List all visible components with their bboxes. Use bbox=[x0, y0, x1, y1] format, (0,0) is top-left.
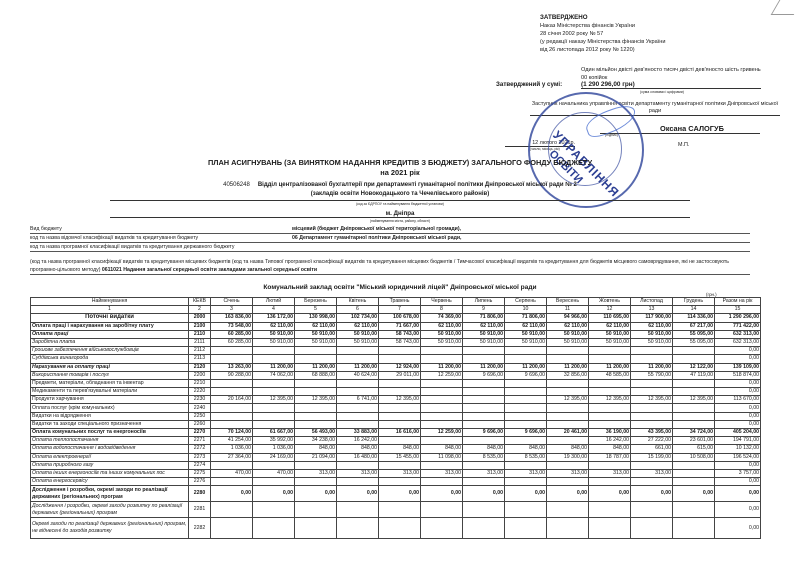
table-row: Оплата послуг (крім комунальних)22400,00 bbox=[31, 404, 761, 412]
row-month-value: 1 036,00 bbox=[253, 445, 295, 453]
row-month-value: 50 910,00 bbox=[631, 338, 673, 346]
row-name: Оплата праці і нарахування на заробітну … bbox=[31, 322, 189, 330]
row-month-value bbox=[463, 388, 505, 396]
row-month-value: 114 336,00 bbox=[673, 314, 715, 322]
column-number: 3 bbox=[211, 306, 253, 314]
table-row: Продукти харчування223020 164,0012 395,0… bbox=[31, 396, 761, 404]
row-month-value: 8 535,00 bbox=[463, 453, 505, 461]
row-month-value: 661,00 bbox=[631, 445, 673, 453]
row-kekv-code: 2240 bbox=[189, 404, 211, 412]
row-month-value: 0,00 bbox=[673, 486, 715, 502]
row-month-value bbox=[253, 461, 295, 469]
row-month-value: 16 616,00 bbox=[379, 429, 421, 437]
column-number: 9 bbox=[463, 306, 505, 314]
table-row: Окремі заходи по реалізації державних (р… bbox=[31, 518, 761, 539]
row-annual-total: 0,00 bbox=[715, 518, 761, 539]
row-month-value: 50 910,00 bbox=[253, 330, 295, 338]
row-month-value bbox=[463, 412, 505, 420]
row-month-value: 313,00 bbox=[421, 469, 463, 477]
row-month-value bbox=[589, 347, 631, 355]
row-month-value: 313,00 bbox=[463, 469, 505, 477]
row-month-value: 18 787,00 bbox=[589, 453, 631, 461]
approval-block: ЗАТВЕРДЖЕНО Наказ Міністерства фінансів … bbox=[540, 14, 666, 54]
column-number: 7 bbox=[379, 306, 421, 314]
row-month-value: 11 200,00 bbox=[253, 363, 295, 371]
row-month-value bbox=[505, 502, 547, 518]
row-month-value bbox=[337, 355, 379, 363]
stamp-place-label: М.П. bbox=[678, 142, 689, 148]
row-month-value bbox=[631, 502, 673, 518]
row-month-value: 0,00 bbox=[421, 486, 463, 502]
row-month-value bbox=[253, 404, 295, 412]
row-month-value: 12 395,00 bbox=[673, 396, 715, 404]
row-month-value bbox=[211, 412, 253, 420]
row-month-value bbox=[337, 420, 379, 428]
row-month-value: 0,00 bbox=[547, 486, 589, 502]
row-name: Видатки на відрядження bbox=[31, 412, 189, 420]
row-month-value: 50 910,00 bbox=[505, 338, 547, 346]
row-month-value: 12 259,00 bbox=[421, 429, 463, 437]
row-month-value: 11 200,00 bbox=[547, 363, 589, 371]
approved-sum-words: Один мільйон двісті дев'яносто тисяч дві… bbox=[581, 66, 761, 82]
row-kekv-code: 2250 bbox=[189, 412, 211, 420]
row-month-value: 50 910,00 bbox=[589, 330, 631, 338]
row-month-value bbox=[547, 518, 589, 539]
row-month-value: 848,00 bbox=[421, 445, 463, 453]
row-month-value bbox=[547, 461, 589, 469]
row-month-value bbox=[463, 478, 505, 486]
row-month-value bbox=[379, 404, 421, 412]
row-month-value bbox=[337, 388, 379, 396]
row-month-value: 27 222,00 bbox=[631, 437, 673, 445]
row-name: Суддівська винагорода bbox=[31, 355, 189, 363]
row-month-value: 29 011,00 bbox=[379, 371, 421, 379]
row-name: Дослідження і розробки, окремі заходи ро… bbox=[31, 502, 189, 518]
row-month-value bbox=[463, 461, 505, 469]
approval-line: від 26 листопада 2012 року № 1220) bbox=[540, 46, 666, 54]
row-month-value: 62 110,00 bbox=[631, 322, 673, 330]
table-row: Поточні видатки2000163 836,00136 172,001… bbox=[31, 314, 761, 322]
row-month-value: 61 667,00 bbox=[253, 429, 295, 437]
row-annual-total: 0,00 bbox=[715, 420, 761, 428]
budget-type-value: місцевий (бюджет Дніпровської міської те… bbox=[292, 226, 461, 232]
column-header: Липень bbox=[463, 298, 505, 306]
row-month-value: 10 508,00 bbox=[673, 453, 715, 461]
column-header: Жовтень bbox=[589, 298, 631, 306]
row-month-value bbox=[379, 355, 421, 363]
row-annual-total: 0,00 bbox=[715, 461, 761, 469]
approval-line: Наказ Міністерства фінансів України bbox=[540, 22, 666, 30]
row-month-value: 50 910,00 bbox=[463, 330, 505, 338]
table-row: Оплата праці і нарахування на заробітну … bbox=[31, 322, 761, 330]
column-number: 4 bbox=[253, 306, 295, 314]
row-month-value: 102 734,00 bbox=[337, 314, 379, 322]
row-month-value: 55 790,00 bbox=[631, 371, 673, 379]
row-month-value: 50 910,00 bbox=[631, 330, 673, 338]
table-row: Дослідження і розробки, окремі заходи ро… bbox=[31, 502, 761, 518]
table-row: Медикаменти та перев'язувальні матеріали… bbox=[31, 388, 761, 396]
row-annual-total: 405 204,00 bbox=[715, 429, 761, 437]
row-month-value bbox=[295, 518, 337, 539]
row-month-value bbox=[295, 478, 337, 486]
row-month-value bbox=[673, 355, 715, 363]
row-kekv-code: 2275 bbox=[189, 469, 211, 477]
row-month-value: 19 300,00 bbox=[547, 453, 589, 461]
row-annual-total: 0,00 bbox=[715, 478, 761, 486]
row-annual-total: 0,00 bbox=[715, 486, 761, 502]
row-month-value: 136 172,00 bbox=[253, 314, 295, 322]
row-month-value: 1 036,00 bbox=[211, 445, 253, 453]
dept-class-label: код та назва відомчої класифікації видат… bbox=[30, 234, 292, 242]
row-month-value: 50 910,00 bbox=[253, 338, 295, 346]
table-row: Видатки на відрядження22500,00 bbox=[31, 412, 761, 420]
row-month-value: 71 806,00 bbox=[505, 314, 547, 322]
row-month-value bbox=[337, 347, 379, 355]
row-month-value: 11 200,00 bbox=[463, 363, 505, 371]
row-annual-total: 0,00 bbox=[715, 404, 761, 412]
row-month-value: 55 095,00 bbox=[673, 330, 715, 338]
row-annual-total: 1 290 296,00 bbox=[715, 314, 761, 322]
row-month-value bbox=[673, 478, 715, 486]
row-annual-total: 139 109,00 bbox=[715, 363, 761, 371]
row-month-value bbox=[673, 502, 715, 518]
row-month-value: 62 110,00 bbox=[505, 322, 547, 330]
row-name: Заробітна плата bbox=[31, 338, 189, 346]
table-row: Оплата водопостачання і водовідведення22… bbox=[31, 445, 761, 453]
row-name: Оплата природного газу bbox=[31, 461, 189, 469]
institution-hint: (код за ЄДРПОУ та найменування бюджетної… bbox=[110, 202, 690, 206]
table-row: Грошове забезпечення військовослужбовців… bbox=[31, 347, 761, 355]
row-month-value: 20 461,00 bbox=[547, 429, 589, 437]
table-row: Оплата комунальних послуг та енергоносії… bbox=[31, 429, 761, 437]
row-month-value: 50 910,00 bbox=[295, 330, 337, 338]
column-header: Серпень bbox=[505, 298, 547, 306]
column-number: 2 bbox=[189, 306, 211, 314]
row-kekv-code: 2270 bbox=[189, 429, 211, 437]
column-header: Лютий bbox=[253, 298, 295, 306]
row-month-value: 35 992,00 bbox=[253, 437, 295, 445]
row-month-value bbox=[505, 379, 547, 387]
row-month-value: 313,00 bbox=[295, 469, 337, 477]
row-month-value bbox=[379, 412, 421, 420]
row-month-value bbox=[337, 518, 379, 539]
institution: 40506248Відділ централізованої бухгалтер… bbox=[160, 181, 640, 199]
row-month-value: 50 910,00 bbox=[463, 338, 505, 346]
row-kekv-code: 2273 bbox=[189, 453, 211, 461]
row-month-value bbox=[337, 412, 379, 420]
row-month-value: 848,00 bbox=[379, 445, 421, 453]
row-month-value: 615,00 bbox=[673, 445, 715, 453]
row-month-value: 15 455,00 bbox=[379, 453, 421, 461]
table-row: Використання товарів і послуг220090 288,… bbox=[31, 371, 761, 379]
row-month-value: 0,00 bbox=[589, 486, 631, 502]
row-month-value bbox=[211, 388, 253, 396]
row-annual-total: 0,00 bbox=[715, 412, 761, 420]
row-month-value bbox=[295, 355, 337, 363]
row-kekv-code: 2210 bbox=[189, 379, 211, 387]
row-month-value bbox=[631, 461, 673, 469]
row-annual-total: 113 670,00 bbox=[715, 396, 761, 404]
row-month-value bbox=[673, 461, 715, 469]
row-month-value bbox=[547, 420, 589, 428]
approved-sum-hint: (сума словами і цифрами) bbox=[640, 90, 684, 94]
row-month-value: 58 743,00 bbox=[379, 330, 421, 338]
row-month-value: 32 856,00 bbox=[547, 371, 589, 379]
row-month-value: 12 395,00 bbox=[631, 396, 673, 404]
row-month-value: 94 966,00 bbox=[547, 314, 589, 322]
row-month-value: 163 836,00 bbox=[211, 314, 253, 322]
row-month-value bbox=[421, 379, 463, 387]
row-month-value bbox=[631, 355, 673, 363]
row-annual-total: 10 132,00 bbox=[715, 445, 761, 453]
row-kekv-code: 2220 bbox=[189, 388, 211, 396]
dept-class-row: код та назва відомчої класифікації видат… bbox=[30, 234, 750, 243]
row-month-value: 848,00 bbox=[295, 445, 337, 453]
table-row: Оплата електроенергії227327 364,0024 169… bbox=[31, 453, 761, 461]
row-name: Нарахування на оплату праці bbox=[31, 363, 189, 371]
row-name: Окремі заходи по реалізації державних (р… bbox=[31, 518, 189, 539]
row-month-value bbox=[421, 355, 463, 363]
row-month-value: 47 119,00 bbox=[673, 371, 715, 379]
state-prog-label: код та назва програмної класифікації вид… bbox=[30, 243, 430, 251]
row-month-value bbox=[295, 420, 337, 428]
row-month-value bbox=[673, 388, 715, 396]
row-month-value bbox=[589, 412, 631, 420]
row-month-value: 11 200,00 bbox=[589, 363, 631, 371]
row-month-value bbox=[589, 461, 631, 469]
row-kekv-code: 2113 bbox=[189, 355, 211, 363]
row-month-value: 70 124,00 bbox=[211, 429, 253, 437]
row-name: Видатки та заходи спеціального призначен… bbox=[31, 420, 189, 428]
row-month-value: 50 910,00 bbox=[337, 338, 379, 346]
row-month-value bbox=[589, 502, 631, 518]
row-annual-total: 518 874,00 bbox=[715, 371, 761, 379]
row-month-value bbox=[631, 388, 673, 396]
row-name: Дослідження і розробки, окремі заходи по… bbox=[31, 486, 189, 502]
row-month-value: 117 900,00 bbox=[631, 314, 673, 322]
row-month-value bbox=[211, 518, 253, 539]
row-annual-total: 771 422,00 bbox=[715, 322, 761, 330]
row-month-value bbox=[631, 347, 673, 355]
row-month-value bbox=[421, 404, 463, 412]
row-month-value: 62 110,00 bbox=[253, 322, 295, 330]
document-title: ПЛАН АСИГНУВАНЬ (ЗА ВИНЯТКОМ НАДАННЯ КРЕ… bbox=[160, 158, 640, 178]
row-month-value bbox=[211, 478, 253, 486]
row-month-value bbox=[337, 502, 379, 518]
row-annual-total: 632 313,00 bbox=[715, 330, 761, 338]
row-month-value bbox=[673, 347, 715, 355]
row-month-value: 0,00 bbox=[211, 486, 253, 502]
row-month-value: 313,00 bbox=[337, 469, 379, 477]
row-month-value bbox=[253, 518, 295, 539]
row-month-value: 74 062,00 bbox=[253, 371, 295, 379]
row-month-value: 11 098,00 bbox=[421, 453, 463, 461]
row-month-value bbox=[379, 502, 421, 518]
row-month-value bbox=[421, 518, 463, 539]
row-month-value: 12 395,00 bbox=[547, 396, 589, 404]
row-month-value: 40 624,00 bbox=[337, 371, 379, 379]
row-month-value bbox=[547, 437, 589, 445]
row-month-value bbox=[673, 518, 715, 539]
row-name: Грошове забезпечення військовослужбовців bbox=[31, 347, 189, 355]
row-month-value bbox=[253, 388, 295, 396]
row-month-value: 8 535,00 bbox=[505, 453, 547, 461]
row-month-value bbox=[673, 412, 715, 420]
row-month-value bbox=[379, 420, 421, 428]
row-month-value bbox=[631, 412, 673, 420]
table-row: Предмети, матеріали, обладнання та інвен… bbox=[31, 379, 761, 387]
row-month-value: 27 364,00 bbox=[211, 453, 253, 461]
row-month-value bbox=[337, 478, 379, 486]
row-month-value bbox=[547, 355, 589, 363]
row-month-value bbox=[253, 502, 295, 518]
row-month-value: 848,00 bbox=[589, 445, 631, 453]
row-month-value: 0,00 bbox=[379, 486, 421, 502]
column-number: 10 bbox=[505, 306, 547, 314]
column-number: 15 bbox=[715, 306, 761, 314]
row-month-value: 0,00 bbox=[295, 486, 337, 502]
column-header: Квітень bbox=[337, 298, 379, 306]
column-number: 6 bbox=[337, 306, 379, 314]
row-month-value bbox=[673, 420, 715, 428]
column-header: Листопад bbox=[631, 298, 673, 306]
row-month-value: 848,00 bbox=[337, 445, 379, 453]
column-header: Травень bbox=[379, 298, 421, 306]
row-month-value: 313,00 bbox=[379, 469, 421, 477]
column-number: 1 bbox=[31, 306, 189, 314]
row-month-value bbox=[547, 502, 589, 518]
row-month-value bbox=[505, 355, 547, 363]
row-name: Поточні видатки bbox=[31, 314, 189, 322]
row-name: Оплата водопостачання і водовідведення bbox=[31, 445, 189, 453]
row-kekv-code: 2112 bbox=[189, 347, 211, 355]
row-month-value: 50 910,00 bbox=[421, 338, 463, 346]
row-month-value bbox=[463, 437, 505, 445]
row-kekv-code: 2282 bbox=[189, 518, 211, 539]
row-month-value bbox=[337, 461, 379, 469]
divider bbox=[110, 200, 690, 201]
row-name: Оплата послуг (крім комунальних) bbox=[31, 404, 189, 412]
row-kekv-code: 2281 bbox=[189, 502, 211, 518]
row-month-value: 848,00 bbox=[463, 445, 505, 453]
row-name: Продукти харчування bbox=[31, 396, 189, 404]
row-month-value: 0,00 bbox=[337, 486, 379, 502]
row-month-value: 11 200,00 bbox=[337, 363, 379, 371]
row-month-value bbox=[379, 478, 421, 486]
row-month-value bbox=[211, 420, 253, 428]
approval-line: (у редакції наказу Міністерства фінансів… bbox=[540, 38, 666, 46]
row-month-value bbox=[463, 355, 505, 363]
row-month-value bbox=[589, 478, 631, 486]
row-month-value: 110 695,00 bbox=[589, 314, 631, 322]
row-month-value bbox=[379, 461, 421, 469]
budget-type-row: Вид бюджетумісцевий (бюджет Дніпровської… bbox=[30, 225, 750, 234]
row-month-value bbox=[631, 478, 673, 486]
row-month-value: 12 395,00 bbox=[379, 396, 421, 404]
row-month-value: 848,00 bbox=[505, 445, 547, 453]
city: м. Дніпра bbox=[110, 210, 690, 218]
row-month-value bbox=[631, 420, 673, 428]
column-number: 13 bbox=[631, 306, 673, 314]
row-month-value bbox=[421, 461, 463, 469]
row-month-value: 100 678,00 bbox=[379, 314, 421, 322]
table-row: Заробітна плата211160 285,0050 910,0050 … bbox=[31, 338, 761, 346]
row-month-value bbox=[253, 412, 295, 420]
row-month-value bbox=[295, 412, 337, 420]
column-header: Березень bbox=[295, 298, 337, 306]
row-month-value bbox=[547, 379, 589, 387]
row-month-value: 68 888,00 bbox=[295, 371, 337, 379]
table-row: Видатки та заходи спеціального призначен… bbox=[31, 420, 761, 428]
row-month-value: 12 395,00 bbox=[253, 396, 295, 404]
row-name: Використання товарів і послуг bbox=[31, 371, 189, 379]
table-row: Оплата природного газу22740,00 bbox=[31, 461, 761, 469]
row-annual-total: 196 524,00 bbox=[715, 453, 761, 461]
row-month-value bbox=[547, 478, 589, 486]
row-month-value: 9 696,00 bbox=[505, 371, 547, 379]
row-month-value: 11 200,00 bbox=[295, 363, 337, 371]
dept-class-value: 06 Департамент гуманітарної політики Дні… bbox=[292, 235, 462, 241]
row-kekv-code: 2200 bbox=[189, 371, 211, 379]
row-month-value: 0,00 bbox=[505, 486, 547, 502]
approved-sum-number: (1 290 296,00 грн) bbox=[581, 81, 761, 89]
institution-name: Відділ централізованої бухгалтерії при д… bbox=[258, 182, 577, 188]
column-number: 14 bbox=[673, 306, 715, 314]
row-kekv-code: 2271 bbox=[189, 437, 211, 445]
row-kekv-code: 2110 bbox=[189, 330, 211, 338]
column-header: Вересень bbox=[547, 298, 589, 306]
row-month-value bbox=[253, 355, 295, 363]
row-month-value bbox=[631, 518, 673, 539]
row-month-value: 21 094,00 bbox=[295, 453, 337, 461]
row-month-value: 41 254,00 bbox=[211, 437, 253, 445]
row-month-value bbox=[337, 404, 379, 412]
row-month-value bbox=[547, 412, 589, 420]
row-month-value: 62 110,00 bbox=[337, 322, 379, 330]
row-month-value bbox=[505, 420, 547, 428]
row-month-value bbox=[211, 404, 253, 412]
column-number: 8 bbox=[421, 306, 463, 314]
row-month-value: 62 110,00 bbox=[295, 322, 337, 330]
row-month-value bbox=[379, 437, 421, 445]
row-month-value bbox=[505, 396, 547, 404]
row-kekv-code: 2100 bbox=[189, 322, 211, 330]
row-month-value: 9 696,00 bbox=[463, 371, 505, 379]
row-month-value bbox=[421, 420, 463, 428]
approval-heading: ЗАТВЕРДЖЕНО bbox=[540, 14, 666, 22]
row-month-value: 74 369,00 bbox=[421, 314, 463, 322]
row-kekv-code: 2276 bbox=[189, 478, 211, 486]
document-year: на 2021 рік bbox=[160, 168, 640, 178]
row-month-value bbox=[673, 469, 715, 477]
row-month-value bbox=[589, 379, 631, 387]
row-month-value: 36 190,00 bbox=[589, 429, 631, 437]
row-month-value bbox=[673, 379, 715, 387]
row-month-value bbox=[211, 379, 253, 387]
row-kekv-code: 2260 bbox=[189, 420, 211, 428]
row-month-value bbox=[589, 388, 631, 396]
row-month-value bbox=[589, 404, 631, 412]
row-month-value: 50 910,00 bbox=[337, 330, 379, 338]
row-month-value: 50 910,00 bbox=[505, 330, 547, 338]
row-month-value bbox=[505, 347, 547, 355]
table-row: Оплата енергосервісу22760,00 bbox=[31, 478, 761, 486]
row-month-value bbox=[337, 379, 379, 387]
row-month-value: 71 806,00 bbox=[463, 314, 505, 322]
local-prog-value: 0611021 Надання загальної середньої осві… bbox=[102, 267, 317, 273]
table-row: Дослідження і розробки, окремі заходи по… bbox=[31, 486, 761, 502]
row-month-value bbox=[295, 379, 337, 387]
